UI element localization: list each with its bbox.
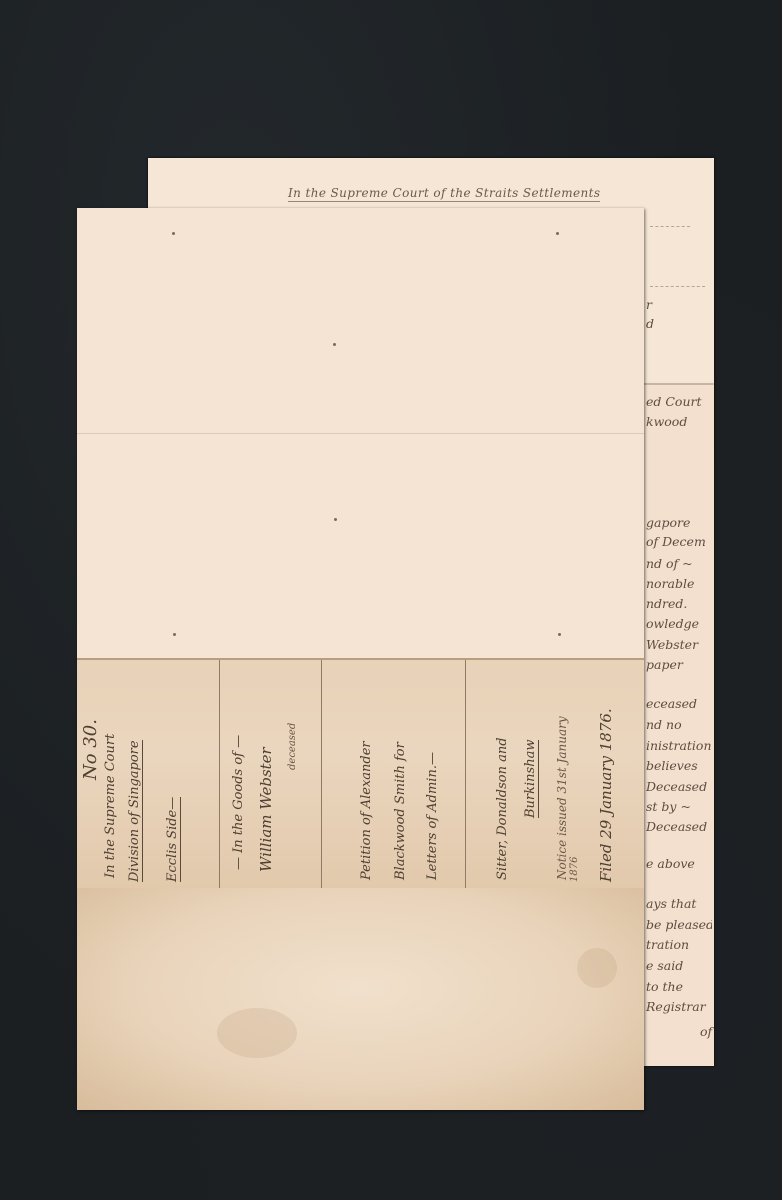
front-folded-sheet: No 30. In the Supreme Court Division of … — [77, 208, 644, 1110]
rear-sheet-heading: In the Supreme Court of the Straits Sett… — [288, 186, 600, 202]
docket-number: No 30. — [80, 719, 101, 780]
rear-text-line: ndred. — [646, 596, 712, 611]
paper-speck — [333, 343, 336, 346]
rear-text-line: eceased — [646, 696, 712, 711]
rear-text-line: believes — [646, 758, 712, 773]
docket-petition-line-2: Blackwood Smith for — [393, 742, 408, 880]
docket-deceased-name: William Webster — [257, 747, 275, 872]
docket-solicitors-cont: Burkinshaw — [523, 740, 539, 818]
docket-panel-court: No 30. In the Supreme Court Division of … — [77, 660, 220, 888]
rear-text-fragment: r — [646, 297, 712, 312]
paper-stain — [577, 948, 617, 988]
docket-panel-goods: — In the Goods of — William Webster dece… — [219, 660, 322, 888]
docket-solicitors: Sitter, Donaldson and — [495, 737, 510, 880]
rear-wavy-rule — [650, 226, 690, 228]
rear-text-line: of Decem — [646, 534, 712, 549]
rear-text-line: nd no — [646, 717, 712, 732]
rear-text-fragment: ed Court — [646, 394, 712, 409]
rear-text-line: e said — [646, 958, 712, 973]
rear-text-line: st by ~ — [646, 799, 712, 814]
rear-text-line: owledge — [646, 616, 712, 631]
paper-stain — [217, 1008, 297, 1058]
docket-notice-year: 1876 — [569, 857, 580, 882]
docket-notice-issued: Notice issued 31st January — [555, 716, 569, 880]
docket-court-line-1: In the Supreme Court — [103, 734, 118, 878]
docket-petition-line-3: Letters of Admin.— — [425, 752, 440, 880]
rear-text-line: of — [700, 1024, 766, 1039]
rear-text-line: norable — [646, 576, 712, 591]
paper-speck — [173, 633, 176, 636]
docket-goods-line: — In the Goods of — — [231, 735, 246, 870]
docket-deceased-label: deceased — [287, 723, 298, 770]
paper-speck — [334, 518, 337, 521]
docket-panel-petition: Petition of Alexander Blackwood Smith fo… — [321, 660, 466, 888]
rear-wavy-rule — [650, 286, 705, 288]
rear-text-fragment: kwood — [646, 414, 712, 429]
rear-text-line: paper — [646, 657, 712, 672]
rear-text-line: nd of ~ — [646, 556, 712, 571]
rear-text-line: be pleased — [646, 917, 712, 932]
rear-text-line: Webster — [646, 637, 712, 652]
rear-text-line: Registrar — [646, 999, 712, 1014]
rear-text-line: to the — [646, 979, 712, 994]
rear-text-line: Deceased — [646, 779, 712, 794]
rear-text-line: gapore — [646, 515, 712, 530]
docket-side: Ecclis Side— — [165, 797, 181, 882]
paper-speck — [172, 232, 175, 235]
front-sheet-lower-panel — [77, 888, 644, 1110]
rear-text-fragment: d — [646, 316, 712, 331]
rear-text-line: Deceased — [646, 819, 712, 834]
fold-crease — [77, 433, 644, 434]
docket-panel-filing: Sitter, Donaldson and Burkinshaw Notice … — [465, 660, 644, 888]
rear-text-line: e above — [646, 856, 712, 871]
rear-text-line: ays that — [646, 896, 712, 911]
paper-speck — [558, 633, 561, 636]
rear-text-line: inistration — [646, 738, 712, 753]
rear-text-line: tration — [646, 937, 712, 952]
docket-filed-date: Filed 29 January 1876. — [597, 708, 615, 882]
paper-speck — [556, 232, 559, 235]
docket-petition-line-1: Petition of Alexander — [359, 741, 374, 880]
docket-band: No 30. In the Supreme Court Division of … — [77, 658, 644, 890]
docket-court-line-2: Division of Singapore — [127, 740, 143, 882]
